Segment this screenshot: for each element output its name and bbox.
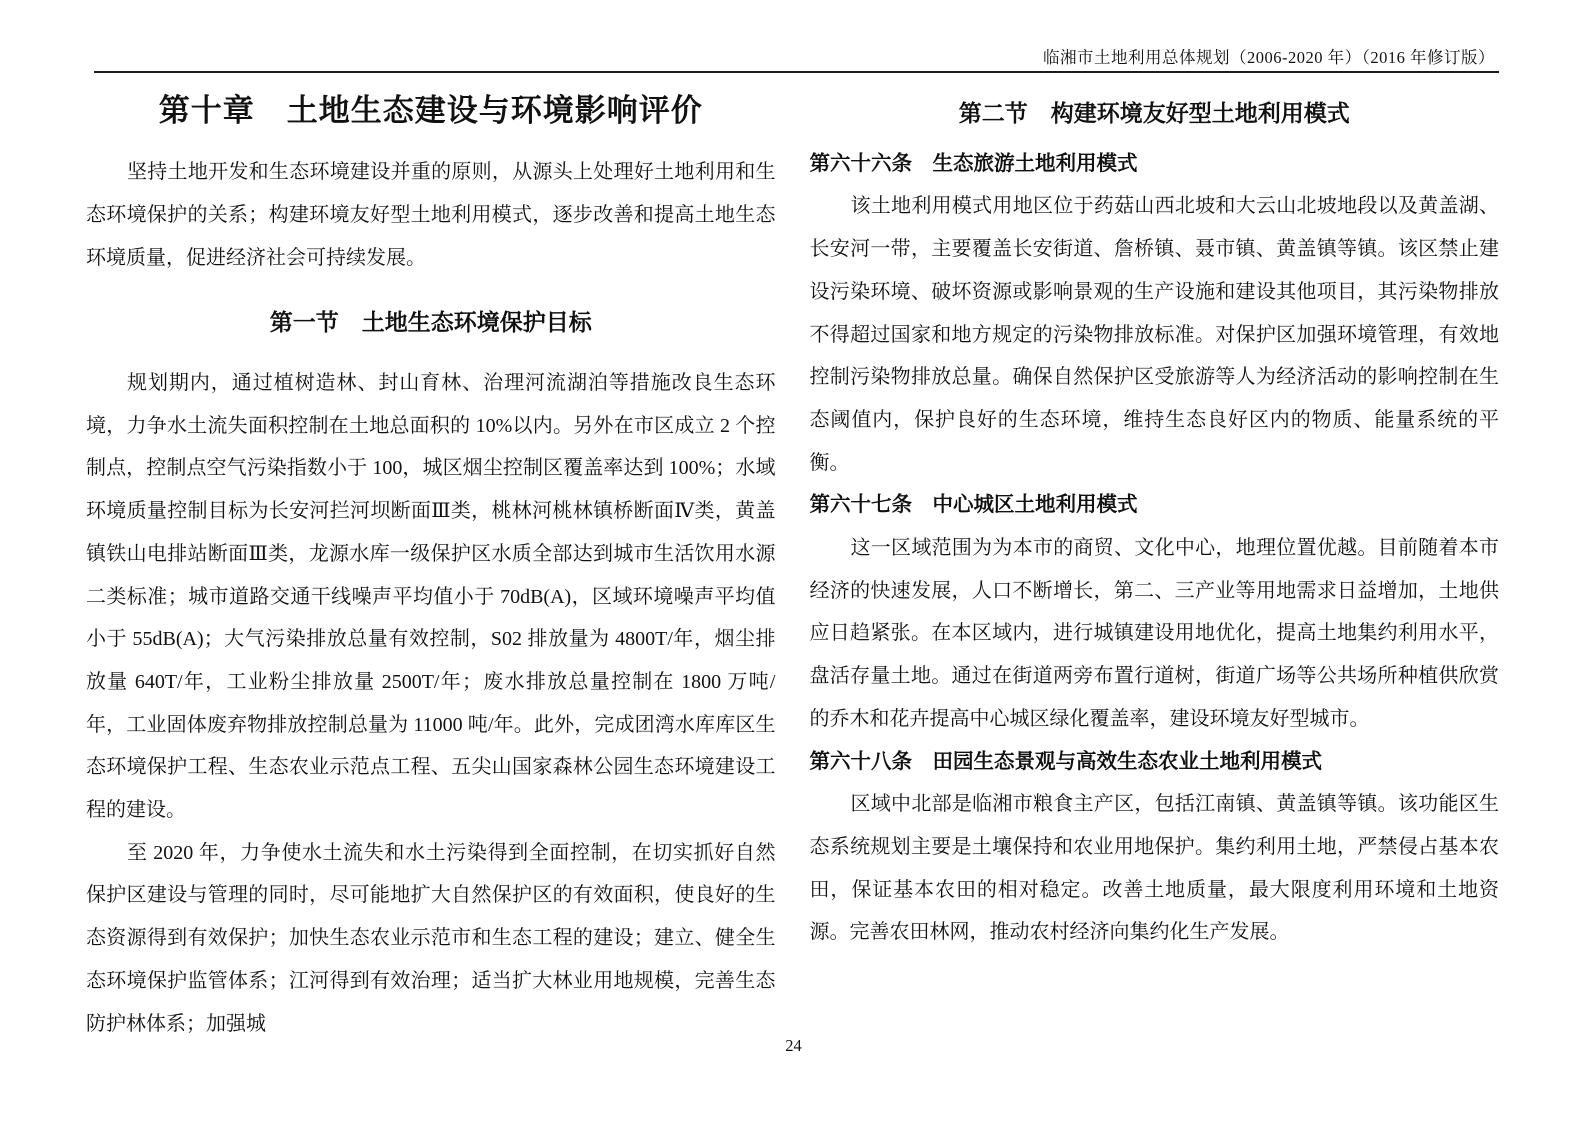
section-1-paragraph-1: 规划期内，通过植树造林、封山育林、治理河流湖泊等措施改良生态环境，力争水土流失面…: [86, 362, 776, 832]
article-66: 第六十六条 生态旅游土地利用模式 该土地利用模式用地区位于药菇山西北坡和大云山北…: [810, 143, 1500, 485]
left-column: 第十章 土地生态建设与环境影响评价 坚持土地开发和生态环境建设并重的原则，从源头…: [86, 78, 776, 1052]
page-header-title: 临湘市土地利用总体规划（2006-2020 年）（2016 年修订版）: [1043, 44, 1495, 68]
article-67: 第六十七条 中心城区土地利用模式 这一区域范围为为本市的商贸、文化中心，地理位置…: [810, 484, 1500, 740]
article-66-body: 该土地利用模式用地区位于药菇山西北坡和大云山北坡地段以及黄盖湖、长安河一带，主要…: [810, 185, 1500, 484]
chapter-intro-paragraph: 坚持土地开发和生态环境建设并重的原则，从源头上处理好土地利用和生态环境保护的关系…: [86, 151, 776, 279]
article-68-heading: 第六十八条 田园生态景观与高效生态农业土地利用模式: [810, 741, 1500, 784]
article-68: 第六十八条 田园生态景观与高效生态农业土地利用模式 区域中北部是临湘市粮食主产区…: [810, 741, 1500, 955]
page-number: 24: [0, 1036, 1587, 1056]
document-page: 临湘市土地利用总体规划（2006-2020 年）（2016 年修订版） 第十章 …: [0, 0, 1587, 1122]
section-1-title: 第一节 土地生态环境保护目标: [86, 309, 776, 338]
two-column-layout: 第十章 土地生态建设与环境影响评价 坚持土地开发和生态环境建设并重的原则，从源头…: [86, 78, 1499, 1052]
article-67-heading: 第六十七条 中心城区土地利用模式: [810, 484, 1500, 527]
right-column: 第二节 构建环境友好型土地利用模式 第六十六条 生态旅游土地利用模式 该土地利用…: [810, 78, 1500, 1052]
chapter-title: 第十章 土地生态建设与环境影响评价: [86, 92, 776, 129]
article-68-body: 区域中北部是临湘市粮食主产区，包括江南镇、黄盖镇等镇。该功能区生态系统规划主要是…: [810, 783, 1500, 954]
header-divider: [94, 71, 1499, 73]
article-66-heading: 第六十六条 生态旅游土地利用模式: [810, 143, 1500, 186]
section-1-paragraph-2: 至 2020 年，力争使水土流失和水土污染得到全面控制，在切实抓好自然保护区建设…: [86, 832, 776, 1046]
article-67-body: 这一区域范围为为本市的商贸、文化中心，地理位置优越。目前随着本市经济的快速发展，…: [810, 527, 1500, 741]
section-2-title: 第二节 构建环境友好型土地利用模式: [810, 100, 1500, 129]
